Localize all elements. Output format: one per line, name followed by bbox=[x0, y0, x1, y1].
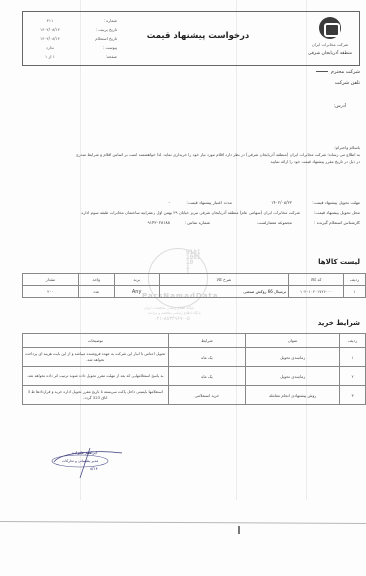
meta-label: پیوست : bbox=[79, 45, 117, 50]
meta-value: ۱ از ۱ bbox=[27, 54, 73, 59]
scanned-document-page: شرکت مخابرات ایران منطقه آذربایجان شرقی … bbox=[0, 0, 366, 576]
col-title: عنوان bbox=[246, 334, 340, 348]
table-row: ۱ زمانبندی تحویل یک ماه تحویل اجناس تا ا… bbox=[23, 348, 366, 367]
place-row: محل تحویل پیشنهاد قیمت: شرکت مخابرات ایر… bbox=[22, 210, 360, 220]
cell-unit: عدد bbox=[78, 286, 114, 298]
cell-condition: یک ماه bbox=[168, 348, 246, 367]
table-row: ۲ زمانبندی تحویل یک ماه به پاسخ استعلامه… bbox=[23, 367, 366, 386]
cell-item-description: ترمینال 66 روکش صنعتی bbox=[159, 286, 289, 298]
scan-guide-line bbox=[236, 0, 237, 500]
intro-paragraph: باسلام واحترام؛ به اطلاع می رساند؛ شرکت … bbox=[22, 144, 360, 165]
meta-page: صفحه: ۱ از ۱ bbox=[27, 52, 117, 61]
expert-value: مجموعه معمارلست bbox=[257, 220, 292, 225]
col-condition: شرایط bbox=[168, 334, 246, 348]
terms-section-title: شرایط خرید bbox=[318, 319, 360, 327]
cell-brand: Any bbox=[114, 286, 159, 298]
recipient-phone-label: تلفن شرکت bbox=[270, 80, 360, 91]
watermark-phone: ۰۲۱-۸۸۳۴۹۶۷۰-۵ bbox=[154, 316, 190, 322]
cell-description: استعلامها بایستی داخل پاکت سربسته تا تار… bbox=[23, 386, 169, 405]
meta-inquiry-date: تاریخ استعلام ۱۴۰۲/۰۸/۱۴ bbox=[27, 34, 117, 43]
watermark-line: پایگاه اطلاع رسانی مناقصه و مزایده bbox=[148, 311, 201, 315]
cell-row-number: ۱ bbox=[344, 286, 366, 298]
col-unit: واحد bbox=[78, 274, 114, 286]
scan-edge-line bbox=[0, 521, 366, 524]
cell-title: زمانبندی تحویل bbox=[246, 348, 340, 367]
cell-item-code: ۱۰۲۰۱۰۲۰۱۷۲۶۰۰۰ bbox=[289, 286, 344, 298]
col-row-number: ردیف bbox=[344, 274, 366, 286]
recipient-block: شرکت محترم تلفن شرکت bbox=[270, 69, 360, 91]
cell-description: به پاسخ استعلامهایی که بعد از مهلت مقرر … bbox=[23, 367, 169, 386]
cell-condition: خرید استعلامی bbox=[168, 386, 246, 405]
signature-date: ۸/۱۴ bbox=[90, 466, 98, 471]
table-row: ۳ روش پیشنهادی انجام معامله خرید استعلام… bbox=[23, 386, 366, 405]
col-row-number: ردیف bbox=[340, 334, 366, 348]
validity-value: - bbox=[168, 200, 170, 205]
watermark-line: پایگاه اطلاع رسانی مناقصات ایران bbox=[144, 306, 194, 310]
expert-label: کارشناس استعلام گیرنده : bbox=[314, 220, 360, 225]
terms-table: ردیف عنوان شرایط توضیحات ۱ زمانبندی تحوی… bbox=[22, 333, 366, 405]
signatory-name: ابراهیم علیزاده bbox=[72, 450, 97, 455]
goods-header-row: ردیف کد کالا شرح کالا برند واحد مقدار bbox=[23, 274, 366, 286]
table-row: ۱ ۱۰۲۰۱۰۲۰۱۷۲۶۰۰۰ ترمینال 66 روکش صنعتی … bbox=[23, 286, 366, 298]
deadline-row: مهلت تحویل پیشنهاد قیمت: ۱۴۰۲/۰۸/۲۲ مدت … bbox=[22, 200, 360, 210]
meta-number: شماره : ۴۱۱ bbox=[27, 16, 117, 25]
watermark-binary: 0101 1001 10 1 1 bbox=[186, 250, 200, 275]
intro-greeting: باسلام واحترام؛ bbox=[22, 144, 360, 151]
document-title: درخواست پیشنهاد قیمت bbox=[143, 31, 253, 41]
scan-mark bbox=[238, 526, 240, 534]
meta-print-date: تاریخ پرینت : ۱۴۰۲/۰۸/۱۴ bbox=[27, 25, 117, 34]
document-header: شرکت مخابرات ایران منطقه آذربایجان شرقی … bbox=[22, 11, 360, 66]
meta-label: تاریخ استعلام bbox=[79, 36, 117, 41]
meta-value: ۴۱۱ bbox=[27, 18, 73, 23]
recipient-company-label: شرکت محترم bbox=[331, 69, 360, 75]
document-meta: شماره : ۴۱۱ تاریخ پرینت : ۱۴۰۲/۰۸/۱۴ تار… bbox=[27, 16, 117, 61]
signature-block: ابراهیم علیزاده مدیر پشتیبانی و تدارکات … bbox=[50, 448, 130, 488]
cell-row-number: ۳ bbox=[340, 386, 366, 405]
col-item-code: کد کالا bbox=[289, 274, 344, 286]
tci-logo-icon bbox=[319, 17, 341, 39]
meta-label: صفحه: bbox=[79, 54, 117, 59]
meta-value: ۱۴۰۲/۰۸/۱۴ bbox=[27, 36, 73, 41]
cell-description: تحویل اجناس تا انبار این شرکت به عهده فر… bbox=[23, 348, 169, 367]
cell-quantity: ۲۰۰ bbox=[23, 286, 79, 298]
signatory-title: مدیر پشتیبانی و تدارکات bbox=[62, 459, 98, 463]
col-brand: برند bbox=[114, 274, 159, 286]
logo-company-name: شرکت مخابرات ایران bbox=[307, 42, 353, 47]
col-item-description: شرح کالا bbox=[159, 274, 289, 286]
place-value: شرکت مخابرات ایران (سهامی عام) منطقه آذر… bbox=[81, 210, 300, 215]
scan-guide-line bbox=[80, 0, 81, 500]
meta-value: ندارد bbox=[27, 45, 73, 50]
cell-condition: یک ماه bbox=[168, 367, 246, 386]
recipient-address-label: آدرس: bbox=[334, 104, 346, 109]
contact-label: شماره تماس : bbox=[185, 220, 210, 225]
terms-header-row: ردیف عنوان شرایط توضیحات bbox=[23, 334, 366, 348]
meta-label: تاریخ پرینت : bbox=[79, 27, 117, 32]
col-quantity: مقدار bbox=[23, 274, 79, 286]
cell-title: روش پیشنهادی انجام معامله bbox=[246, 386, 340, 405]
blank-line bbox=[316, 71, 328, 72]
expert-row: کارشناس استعلام گیرنده : مجموعه معمارلست… bbox=[22, 220, 360, 230]
goods-section-title: لیست کالاها bbox=[318, 258, 360, 266]
place-label: محل تحویل پیشنهاد قیمت: bbox=[314, 210, 360, 215]
logo-region-name: منطقه آذربایجان شرقی bbox=[307, 51, 353, 56]
meta-attachment: پیوست : ندارد bbox=[27, 43, 117, 52]
deadline-value: ۱۴۰۲/۰۸/۲۲ bbox=[271, 200, 292, 205]
deadline-label: مهلت تحویل پیشنهاد قیمت: bbox=[312, 200, 360, 205]
cell-row-number: ۲ bbox=[340, 367, 366, 386]
intro-line: به اطلاع می رساند؛ شرکت مخابرات ایران (م… bbox=[22, 151, 360, 158]
meta-label: شماره : bbox=[79, 18, 117, 23]
cell-title: زمانبندی تحویل bbox=[246, 367, 340, 386]
cell-row-number: ۱ bbox=[340, 348, 366, 367]
contact-value: ۹۱۴۳۰۲۸۱۸۸ bbox=[148, 220, 171, 225]
goods-table: ردیف کد کالا شرح کالا برند واحد مقدار ۱ … bbox=[22, 273, 366, 298]
meta-value: ۱۴۰۲/۰۸/۱۴ bbox=[27, 27, 73, 32]
delivery-info: مهلت تحویل پیشنهاد قیمت: ۱۴۰۲/۰۸/۲۲ مدت … bbox=[22, 200, 360, 230]
validity-label: مدت اعتبار پیشنهاد قیمت: bbox=[186, 200, 232, 205]
company-logo: شرکت مخابرات ایران منطقه آذربایجان شرقی bbox=[307, 17, 353, 63]
col-description: توضیحات bbox=[23, 334, 169, 348]
intro-line: در ذیل در تاریخ مقرر پیشنهاد قیمت خود را… bbox=[22, 158, 360, 165]
